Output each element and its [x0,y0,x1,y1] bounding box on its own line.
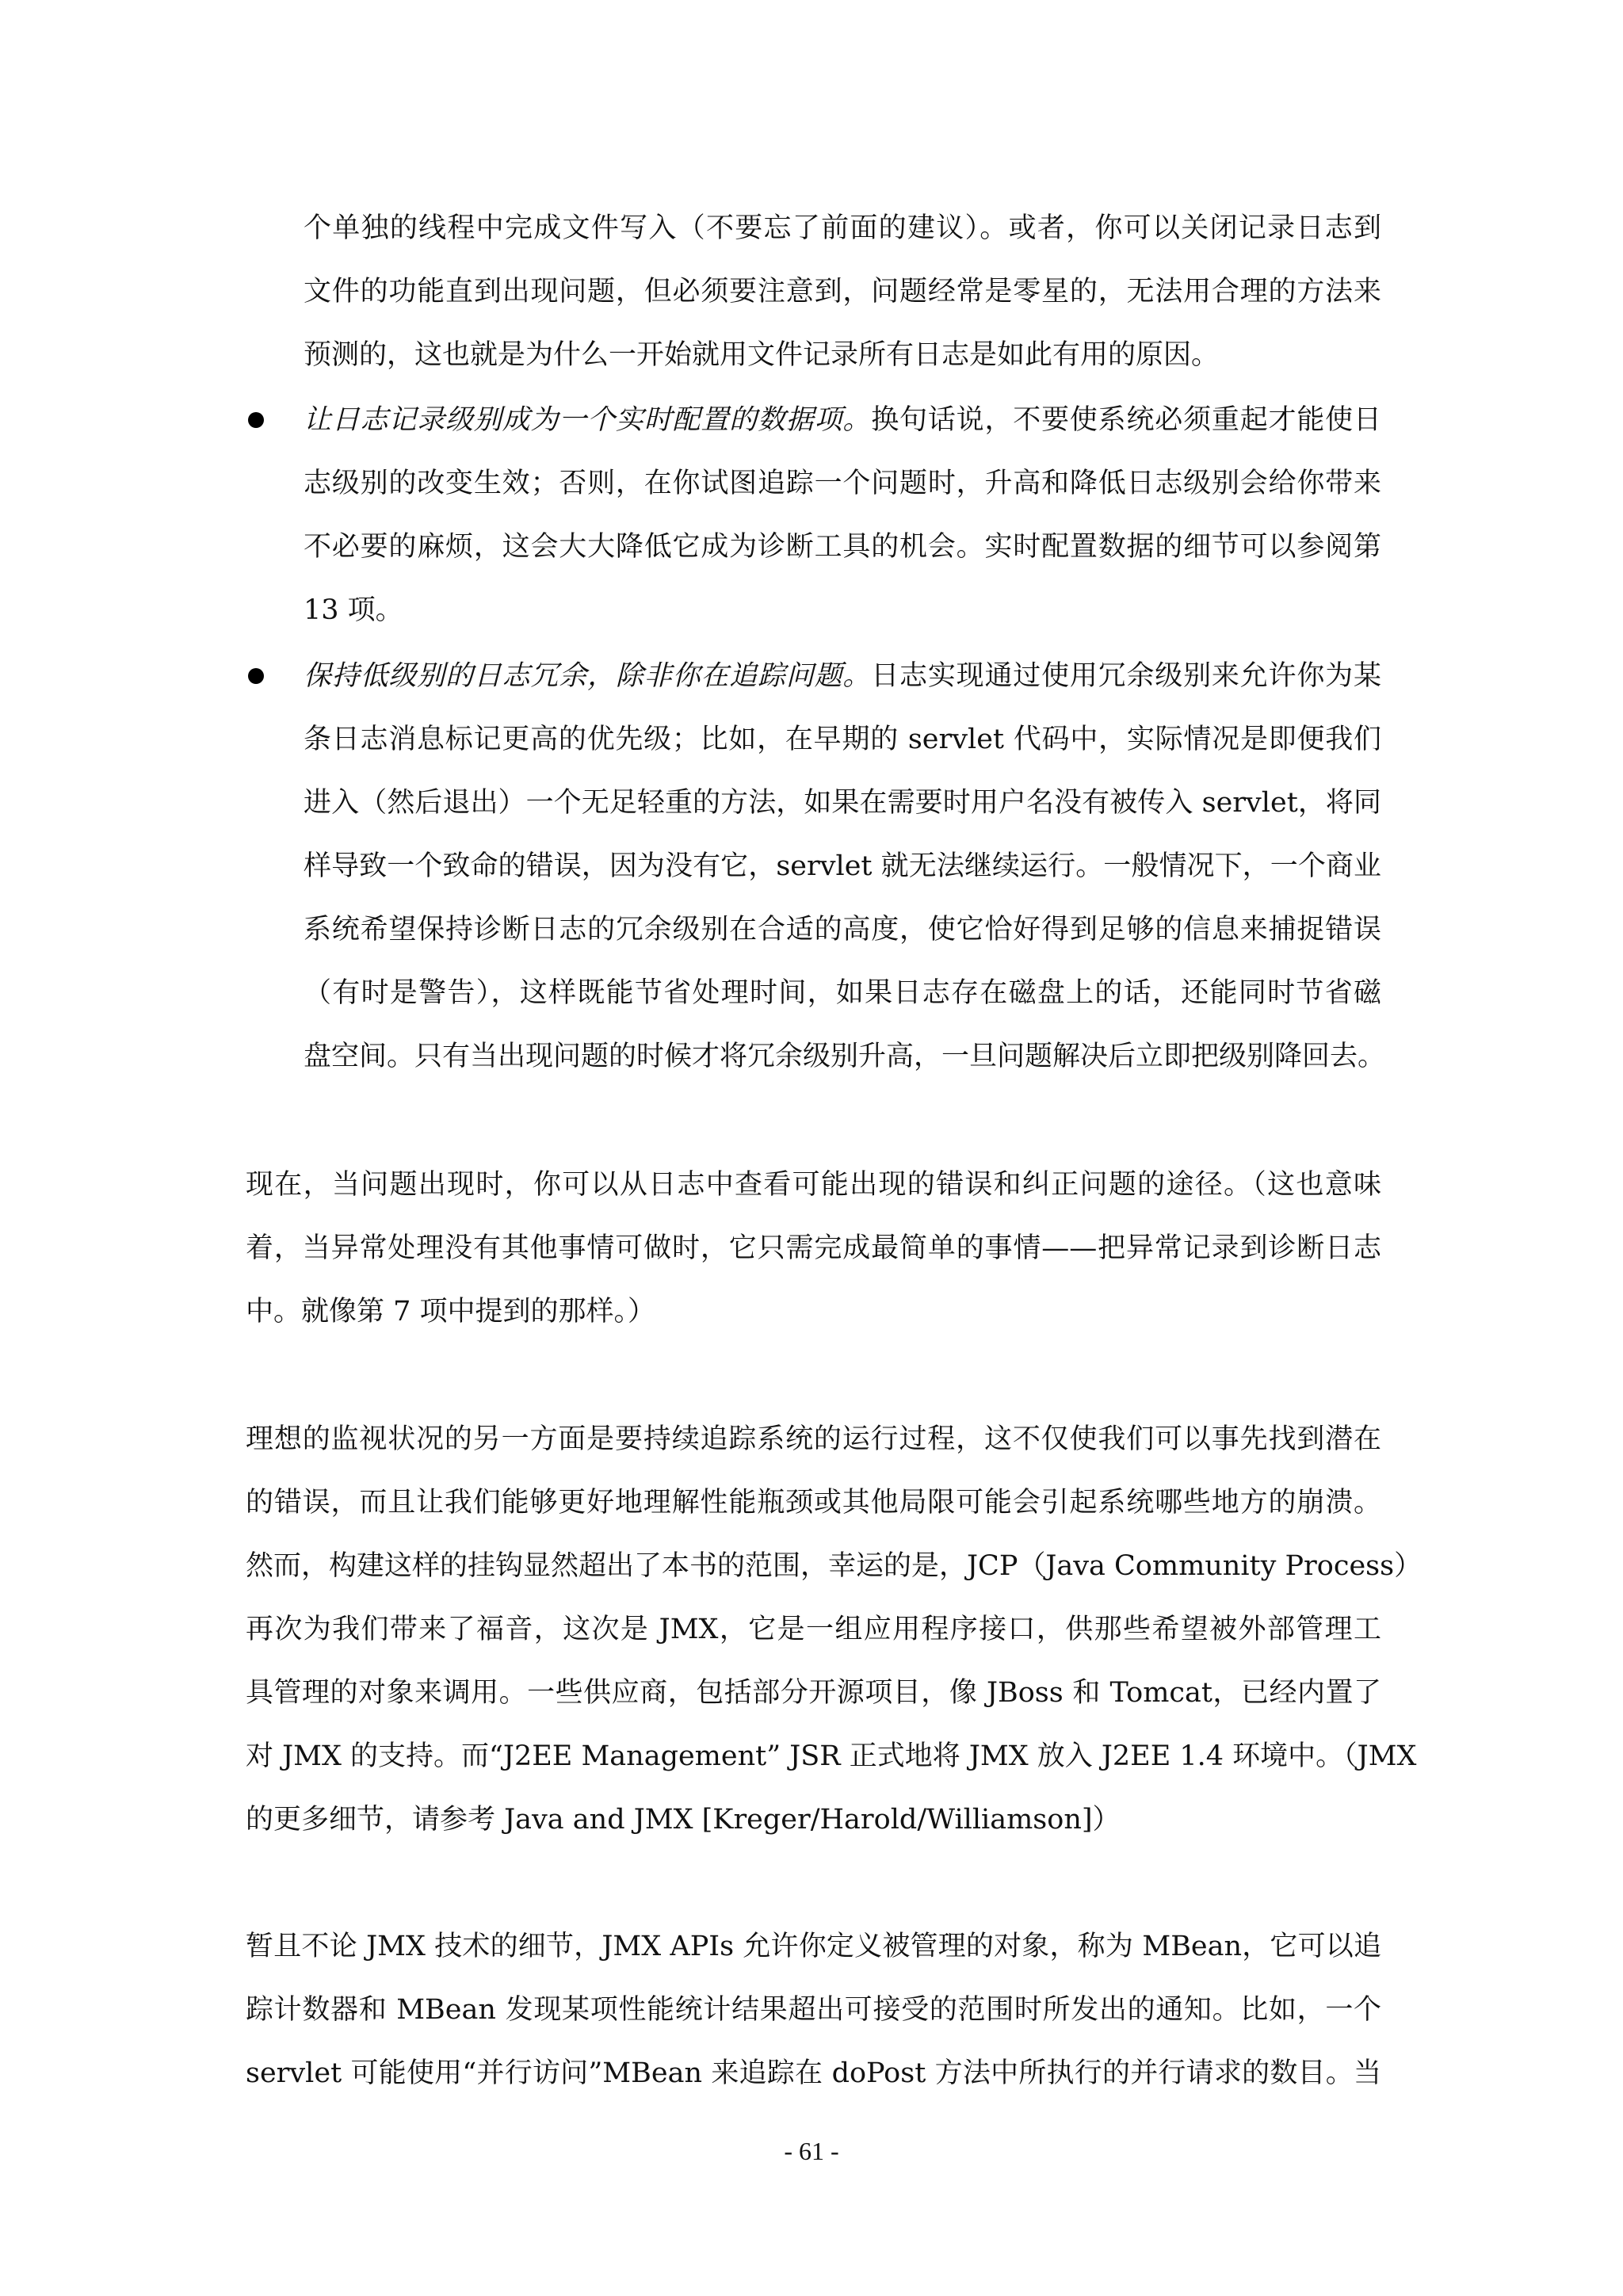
text-line: 对 JMX 的支持。而“J2EE Management” JSR 正式地将 JM… [246,1740,1381,1772]
text-line: 现在，当问题出现时，你可以从日志中查看可能出现的错误和纠正问题的途径。（这也意味 [246,1169,1381,1201]
text-line: 理想的监视状况的另一方面是要持续追踪系统的运行过程，这不仅使我们可以事先找到潜在 [246,1423,1381,1455]
bullet-item-first-line: 让日志记录级别成为一个实时配置的数据项。换句话说，不要使系统必须重起才能使日 [304,404,1381,436]
text-line: 志级别的改变生效；否则，在你试图追踪一个问题时，升高和降低日志级别会给你带来 [304,468,1381,499]
bullet-text: 换句话说，不要使系统必须重起才能使日 [871,404,1381,436]
text-line: 中。就像第 7 项中提到的那样。） [246,1296,1381,1328]
text-line: servlet 可能使用“并行访问”MBean 来追踪在 doPost 方法中所… [246,2057,1381,2089]
text-line: 条日志消息标记更高的优先级；比如，在早期的 servlet 代码中，实际情况是即… [304,724,1381,755]
text-line: 样导致一个致命的错误，因为没有它，servlet 就无法继续运行。一般情况下，一… [304,850,1381,882]
bullet-text: 日志实现通过使用冗余级别来允许你为某 [871,660,1381,692]
text-line: 的错误，而且让我们能够更好地理解性能瓶颈或其他局限可能会引起系统哪些地方的崩溃。 [246,1487,1381,1519]
text-line: 再次为我们带来了福音，这次是 JMX，它是一组应用程序接口，供那些希望被外部管理… [246,1614,1381,1645]
text-line: 踪计数器和 MBean 发现某项性能统计结果超出可接受的范围时所发出的通知。比如… [246,1994,1381,2026]
bullet-icon [248,668,264,684]
text-line: 文件的功能直到出现问题，但必须要注意到，问题经常是零星的，无法用合理的方法来 [304,276,1381,308]
text-line: 预测的，这也就是为什么一开始就用文件记录所有日志是如此有用的原因。 [304,339,1381,371]
bullet-icon [248,412,264,428]
text-line: 个单独的线程中完成文件写入（不要忘了前面的建议）。或者，你可以关闭记录日志到 [304,212,1381,244]
text-line: 具管理的对象来调用。一些供应商，包括部分开源项目，像 JBoss 和 Tomca… [246,1677,1381,1709]
bullet-item-first-line: 保持低级别的日志冗余，除非你在追踪问题。日志实现通过使用冗余级别来允许你为某 [304,660,1381,692]
text-line: 系统希望保持诊断日志的冗余级别在合适的高度，使它恰好得到足够的信息来捕捉错误 [304,914,1381,946]
text-line: 进入（然后退出）一个无足轻重的方法，如果在需要时用户名没有被传入 servlet… [304,787,1381,819]
text-line: 的更多细节，请参考 Java and JMX [Kreger/Harold/Wi… [246,1804,1381,1836]
text-line: 暂且不论 JMX 技术的细节，JMX APIs 允许你定义被管理的对象，称为 M… [246,1931,1381,1962]
text-line: 盘空间。只有当出现问题的时候才将冗余级别升高，一旦问题解决后立即把级别降回去。 [304,1041,1381,1072]
text-line: 着，当异常处理没有其他事情可做时，它只需完成最简单的事情——把异常记录到诊断日志 [246,1232,1381,1264]
document-page: 个单独的线程中完成文件写入（不要忘了前面的建议）。或者，你可以关闭记录日志到 文… [0,0,1623,2296]
bullet-emphasis: 让日志记录级别成为一个实时配置的数据项。 [304,404,871,436]
text-line: 13 项。 [304,594,1381,626]
bullet-emphasis: 保持低级别的日志冗余，除非你在追踪问题。 [304,660,871,692]
page-number: - 61 - [0,2135,1623,2167]
text-line: 然而，构建这样的挂钩显然超出了本书的范围，幸运的是，JCP（Java Commu… [246,1550,1381,1582]
text-line: 不必要的麻烦，这会大大降低它成为诊断工具的机会。实时配置数据的细节可以参阅第 [304,531,1381,563]
text-line: （有时是警告），这样既能节省处理时间，如果日志存在磁盘上的话，还能同时节省磁 [304,977,1381,1009]
